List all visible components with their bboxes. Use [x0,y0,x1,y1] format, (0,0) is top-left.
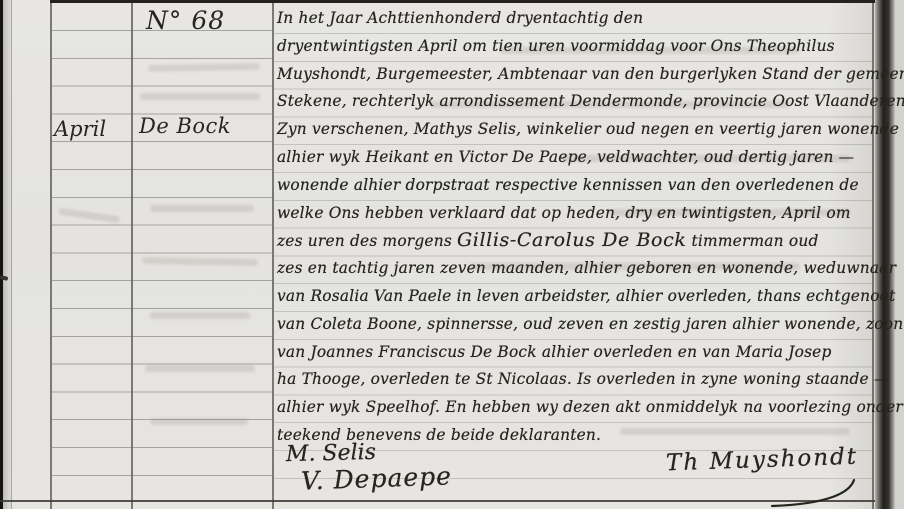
table-top-border [50,0,877,3]
act-line: wonende alhier dorpstraat respective ken… [277,172,871,200]
act-line: zes en tachtig jaren zeven maanden, alhi… [277,255,871,283]
act-line: dryentwintigsten April om tien uren voor… [277,33,871,61]
bleedthrough-mark [150,205,254,212]
act-line: ha Thooge, overleden te St Nicolaas. Is … [277,366,871,394]
row-bottom-border [0,500,904,502]
bleedthrough-mark [150,312,250,319]
act-line-prefix: zes uren des morgens [277,232,457,250]
bleedthrough-mark [150,418,248,425]
page-left-gutter [3,0,11,509]
act-body-text: In het Jaar Achttienhonderd dryentachtig… [277,5,871,450]
bleedthrough-mark [145,365,255,372]
signature-flourish-stroke [770,478,860,508]
act-line: In het Jaar Achttienhonderd dryentachtig… [277,5,871,33]
bleedthrough-mark [140,93,260,100]
act-line: Zyn verschenen, Mathys Selis, winkelier … [277,116,871,144]
signature-declarant-2: V. Depaepe [301,461,453,495]
act-line: alhier wyk Speelhof. En hebben wy dezen … [277,394,871,422]
act-line: van Joannes Franciscus De Bock alhier ov… [277,339,871,367]
deceased-name: Gillis-Carolus De Bock [457,229,686,251]
margin-surname: De Bock [139,114,231,138]
act-line: van Coleta Boone, spinnersse, oud zeven … [277,311,871,339]
register-page-scan: N° 68 April De Bock In het Jaar Achttien… [0,0,904,509]
act-line: alhier wyk Heikant en Victor De Paepe, v… [277,144,871,172]
act-line: Stekene, rechterlyk arrondissement Dende… [277,88,871,116]
act-line: Muyshondt, Burgemeester, Ambtenaar van d… [277,61,871,89]
margin-ruled-lines [52,30,272,502]
act-number: N° 68 [146,6,225,35]
act-line: van Rosalia Van Paele in leven arbeidste… [277,283,871,311]
act-line-suffix: timmerman oud [686,232,818,250]
margin-month: April [54,117,106,141]
act-line: welke Ons hebben verklaard dat op heden,… [277,200,871,228]
page-edge-line [11,0,12,509]
signature-declarant-1: M. Selis [286,440,377,467]
act-line-deceased: zes uren des morgens Gillis-Carolus De B… [277,227,871,255]
